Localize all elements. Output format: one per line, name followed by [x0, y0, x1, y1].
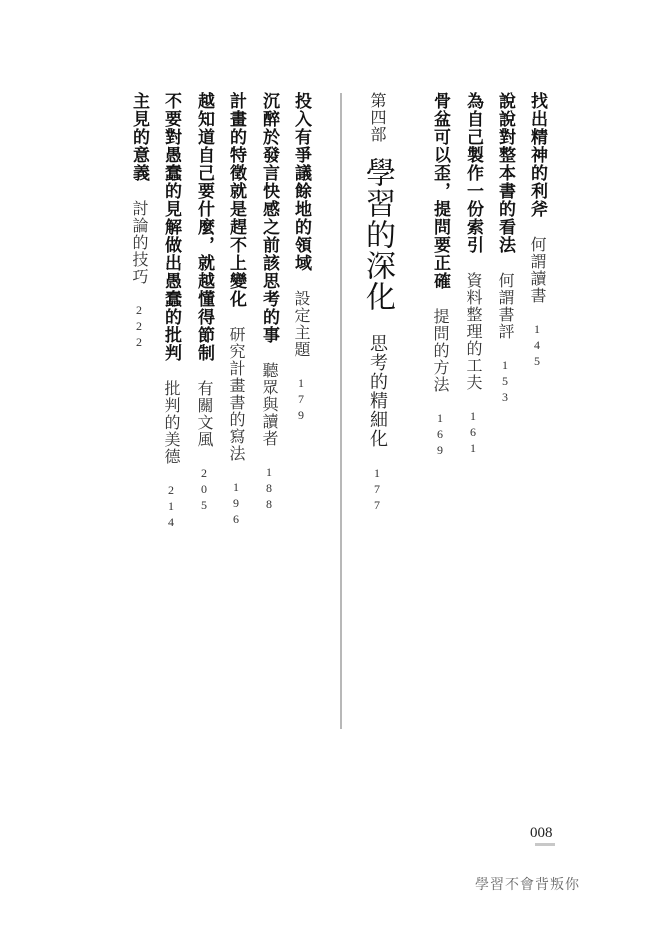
toc-entry: 為自己製作一份索引資料整理的工夫161 — [464, 92, 481, 457]
toc-entry: 不要對愚蠢的見解做出愚蠢的批判批判的美德214 — [162, 92, 179, 531]
toc-entry-subtitle: 有關文風 — [195, 380, 214, 448]
toc-entry-title: 投入有爭議餘地的領域 — [291, 92, 311, 272]
toc-entry-page: 196 — [229, 480, 243, 528]
toc-entry-subtitle: 研究計畫書的寫法 — [227, 326, 246, 462]
toc-entry: 骨盆可以歪，提問要正確提問的方法169 — [431, 92, 448, 459]
toc-entry: 找出精神的利斧何謂讀書145 — [528, 92, 545, 370]
toc-entry-title: 說說對整本書的看法 — [495, 92, 515, 254]
part-heading: 第四部學習的深化思考的精細化177 — [362, 92, 392, 514]
part-title: 學習的深化 — [360, 157, 395, 312]
toc-entry-page: 205 — [197, 466, 211, 514]
toc-entry-page: 169 — [433, 411, 447, 459]
toc-entry: 投入有爭議餘地的領域設定主題179 — [292, 92, 309, 424]
toc-entry-subtitle: 聽眾與讀者 — [260, 362, 279, 447]
toc-entry-subtitle: 討論的技巧 — [130, 200, 149, 285]
toc-entry-subtitle: 何謂讀書 — [528, 236, 547, 304]
toc-entry: 越知道自己要什麼，就越懂得節制有關文風205 — [195, 92, 212, 514]
toc-entry-title: 骨盆可以歪，提問要正確 — [430, 92, 450, 290]
toc-entry-subtitle: 資料整理的工夫 — [464, 272, 483, 391]
vertical-divider — [340, 93, 342, 729]
toc-entry-title: 為自己製作一份索引 — [463, 92, 483, 254]
part-page: 177 — [370, 466, 384, 514]
toc-entry-page: 222 — [132, 303, 146, 351]
toc-entry-subtitle: 批判的美德 — [162, 380, 181, 465]
part-label: 第四部 — [368, 92, 387, 143]
toc-entry-subtitle: 何謂書評 — [496, 272, 515, 340]
toc-entry-subtitle: 提問的方法 — [431, 308, 450, 393]
toc-entry: 主見的意義討論的技巧222 — [130, 92, 147, 351]
toc-entry-title: 找出精神的利斧 — [527, 92, 547, 218]
toc-entry: 說說對整本書的看法何謂書評153 — [496, 92, 513, 406]
toc-entry-title: 越知道自己要什麼，就越懂得節制 — [194, 92, 214, 362]
running-title: 學習不會背叛你 — [475, 874, 580, 894]
toc-entry-page: 153 — [498, 358, 512, 406]
toc-entry-title: 沉醉於發言快感之前該思考的事 — [259, 92, 279, 344]
toc-entry-title: 主見的意義 — [129, 92, 149, 182]
toc-entry-page: 214 — [164, 483, 178, 531]
toc-entry-page: 188 — [262, 465, 276, 513]
toc-entry-page: 179 — [294, 376, 308, 424]
toc-entry: 計畫的特徵就是趕不上變化研究計畫書的寫法196 — [227, 92, 244, 528]
toc-entry-page: 161 — [466, 409, 480, 457]
part-subtitle: 思考的精細化 — [367, 334, 388, 448]
toc-entry-title: 計畫的特徵就是趕不上變化 — [226, 92, 246, 308]
toc-entry-page: 145 — [530, 322, 544, 370]
page-number: 008 — [530, 825, 553, 842]
page-number-underline — [535, 843, 555, 846]
toc-entry-subtitle: 設定主題 — [292, 290, 311, 358]
toc-entry-title: 不要對愚蠢的見解做出愚蠢的批判 — [161, 92, 181, 362]
toc-entry: 沉醉於發言快感之前該思考的事聽眾與讀者188 — [260, 92, 277, 513]
